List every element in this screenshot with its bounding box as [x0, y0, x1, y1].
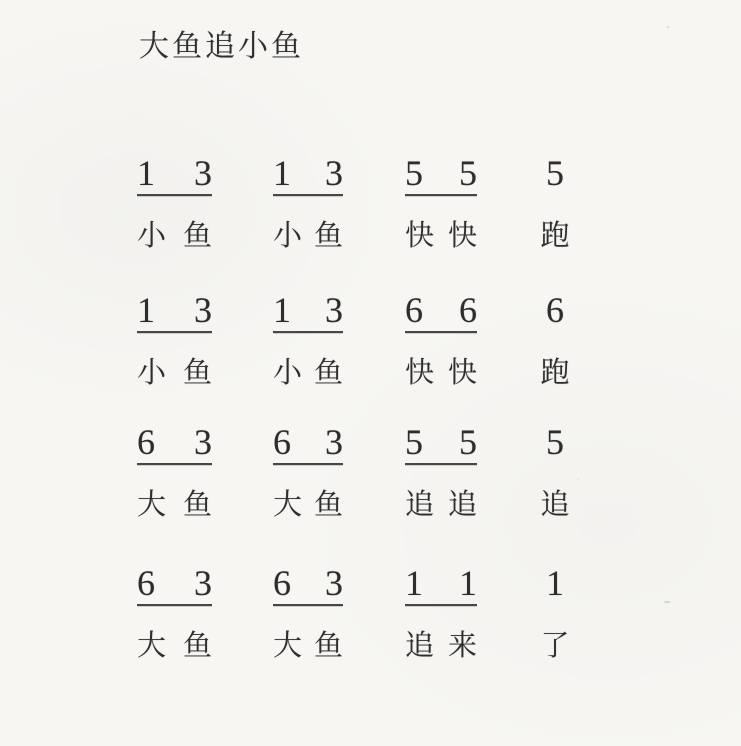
note: 5 [405, 425, 423, 459]
lyric-measure: 跑 [534, 357, 576, 389]
measure: 5 [534, 425, 576, 463]
lyric-char: 追 [448, 489, 477, 521]
note: 3 [325, 566, 343, 600]
lyric-char: 鱼 [183, 489, 212, 521]
measure: 5 [534, 156, 576, 194]
lyric-measure: 快 快 [405, 357, 477, 389]
lyric-char: 快 [405, 357, 434, 389]
note: 6 [273, 425, 291, 459]
lyrics-row: 大 鱼 大 鱼 追 追 追 [0, 489, 741, 523]
measure: 6 3 [137, 425, 212, 465]
lyric-measure: 跑 [534, 220, 576, 252]
note: 1 [405, 566, 423, 600]
measure: 1 3 [273, 156, 343, 196]
score-line: 6 3 6 3 1 1 1 大 鱼 大 鱼 [0, 566, 741, 676]
scanned-sheet-page: 大鱼追小鱼 1 3 1 3 5 5 5 小 鱼 [0, 0, 741, 746]
note: 3 [325, 293, 343, 327]
lyric-char: 来 [448, 630, 477, 662]
lyric-char: 大 [273, 630, 302, 662]
lyric-measure: 快 快 [405, 220, 477, 252]
lyric-char: 快 [448, 357, 477, 389]
note: 3 [194, 425, 212, 459]
note: 6 [273, 566, 291, 600]
note: 1 [273, 156, 291, 190]
lyric-char: 了 [540, 630, 569, 662]
note: 6 [405, 293, 423, 327]
measure: 1 [534, 566, 576, 604]
lyric-char: 鱼 [314, 220, 343, 252]
lyric-measure: 大 鱼 [273, 489, 343, 521]
measure: 6 3 [273, 566, 343, 606]
note: 6 [459, 293, 477, 327]
measure: 5 5 [405, 425, 477, 465]
score-line: 1 3 1 3 5 5 5 小 鱼 小 鱼 [0, 156, 741, 266]
lyric-measure: 小 鱼 [273, 357, 343, 389]
lyric-char: 小 [137, 220, 166, 252]
lyric-char: 大 [273, 489, 302, 521]
song-title: 大鱼追小鱼 [139, 30, 304, 64]
note: 1 [137, 156, 155, 190]
note: 3 [194, 156, 212, 190]
note: 5 [546, 156, 564, 190]
lyric-char: 鱼 [183, 220, 212, 252]
lyric-measure: 小 鱼 [137, 357, 212, 389]
lyric-char: 大 [137, 489, 166, 521]
measure: 1 1 [405, 566, 477, 606]
measure: 6 3 [273, 425, 343, 465]
notes-row: 1 3 1 3 5 5 5 [0, 156, 741, 198]
measure: 6 6 [405, 293, 477, 333]
lyric-char: 小 [273, 220, 302, 252]
notes-row: 6 3 6 3 5 5 5 [0, 425, 741, 467]
measure: 1 3 [137, 293, 212, 333]
lyrics-row: 小 鱼 小 鱼 快 快 跑 [0, 220, 741, 254]
lyric-char: 快 [405, 220, 434, 252]
note: 1 [459, 566, 477, 600]
lyric-char: 跑 [540, 220, 569, 252]
lyric-char: 追 [405, 630, 434, 662]
note: 3 [194, 293, 212, 327]
measure: 6 3 [137, 566, 212, 606]
note: 1 [273, 293, 291, 327]
measure: 5 5 [405, 156, 477, 196]
note: 3 [325, 156, 343, 190]
note: 3 [194, 566, 212, 600]
lyric-char: 鱼 [183, 357, 212, 389]
notes-row: 1 3 1 3 6 6 6 [0, 293, 741, 335]
lyric-char: 追 [405, 489, 434, 521]
lyric-measure: 追 [534, 489, 576, 521]
note: 6 [546, 293, 564, 327]
note: 1 [137, 293, 155, 327]
lyric-char: 鱼 [314, 357, 343, 389]
note: 1 [546, 566, 564, 600]
note: 3 [325, 425, 343, 459]
lyric-measure: 大 鱼 [137, 489, 212, 521]
lyric-char: 跑 [540, 357, 569, 389]
note: 5 [405, 156, 423, 190]
note: 6 [137, 566, 155, 600]
lyric-char: 快 [448, 220, 477, 252]
lyrics-row: 小 鱼 小 鱼 快 快 跑 [0, 357, 741, 391]
lyric-measure: 追 追 [405, 489, 477, 521]
lyric-char: 小 [273, 357, 302, 389]
note: 5 [546, 425, 564, 459]
score-line: 1 3 1 3 6 6 6 小 鱼 小 鱼 [0, 293, 741, 403]
lyric-measure: 大 鱼 [137, 630, 212, 662]
note: 6 [137, 425, 155, 459]
lyric-char: 追 [540, 489, 569, 521]
measure: 1 3 [137, 156, 212, 196]
lyric-char: 鱼 [314, 489, 343, 521]
score-line: 6 3 6 3 5 5 5 大 鱼 大 鱼 [0, 425, 741, 535]
note: 5 [459, 425, 477, 459]
note: 5 [459, 156, 477, 190]
measure: 1 3 [273, 293, 343, 333]
notes-row: 6 3 6 3 1 1 1 [0, 566, 741, 608]
lyric-char: 鱼 [314, 630, 343, 662]
lyric-measure: 小 鱼 [137, 220, 212, 252]
lyric-measure: 追 来 [405, 630, 477, 662]
lyric-char: 鱼 [183, 630, 212, 662]
measure: 6 [534, 293, 576, 331]
lyric-measure: 了 [534, 630, 576, 662]
lyrics-row: 大 鱼 大 鱼 追 来 了 [0, 630, 741, 664]
lyric-measure: 大 鱼 [273, 630, 343, 662]
lyric-measure: 小 鱼 [273, 220, 343, 252]
lyric-char: 大 [137, 630, 166, 662]
lyric-char: 小 [137, 357, 166, 389]
